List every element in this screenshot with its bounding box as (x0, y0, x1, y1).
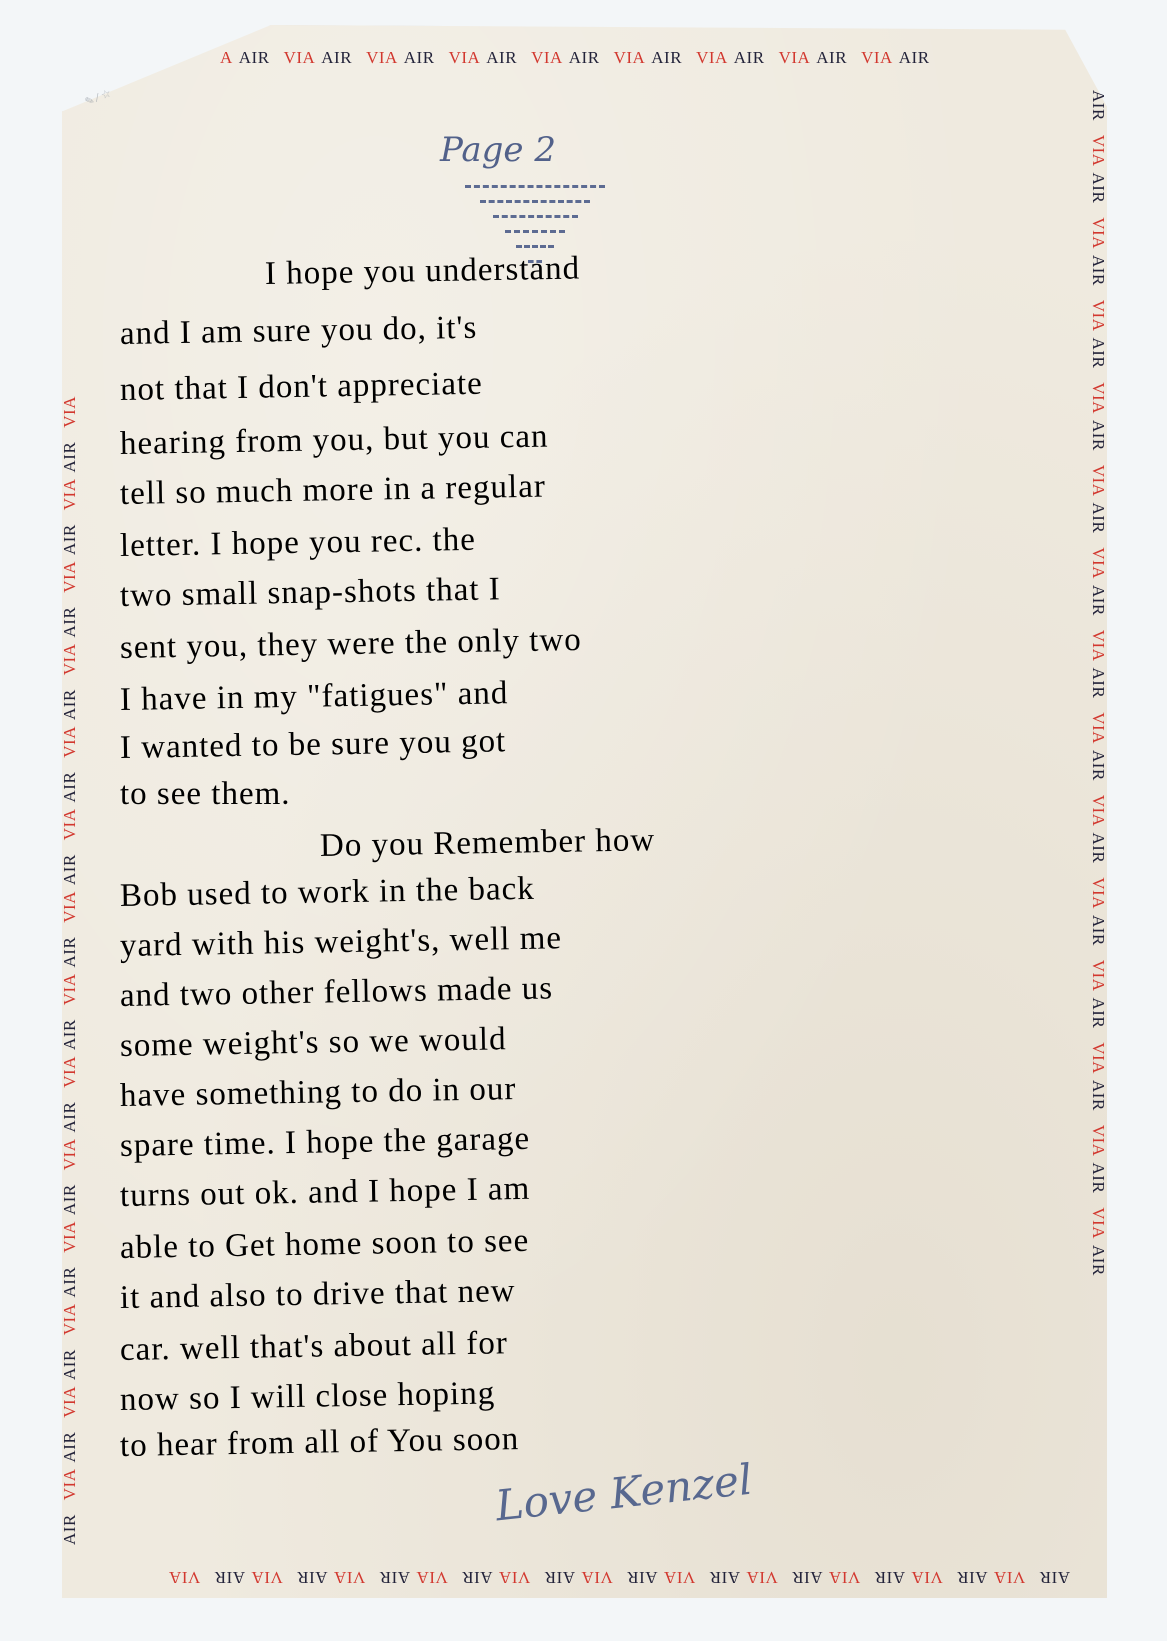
border-word: VIA (60, 1469, 79, 1501)
border-word: VIA (60, 1304, 79, 1336)
border-word: AIR (1089, 420, 1108, 451)
letter-line: and I am sure you do, it's (120, 312, 478, 351)
border-word: VIA (1089, 547, 1108, 579)
border-word: AIR (60, 772, 79, 803)
border-word: VIA (1089, 795, 1108, 827)
border-word: AIR (569, 48, 600, 67)
border-word: AIR (816, 48, 847, 67)
border-word: AIR (60, 689, 79, 720)
border-word: VIA (60, 891, 79, 923)
airmail-border-left: AIRVIAAIRVIAAIRVIAAIRVIAAIRVIAAIRVIAAIRV… (60, 125, 84, 1545)
border-word: AIR (60, 854, 79, 885)
border-word: AIR (874, 1568, 905, 1587)
border-word: AIR (1089, 998, 1108, 1029)
border-word: VIA (531, 48, 563, 67)
border-word: VIA (1089, 135, 1108, 167)
letter-line: to hear from all of You soon (120, 1423, 520, 1463)
border-word: VIA (1089, 382, 1108, 414)
border-word: VIA (499, 1568, 531, 1587)
letter-line: tell so much more in a regular (120, 471, 546, 511)
border-word: VIA (861, 48, 893, 67)
border-word: VIA (1089, 465, 1108, 497)
border-word: VIA (366, 48, 398, 67)
border-word: AIR (651, 48, 682, 67)
border-word: AIR (60, 1184, 79, 1215)
border-word: AIR (1039, 1568, 1070, 1587)
border-word: AIR (899, 48, 930, 67)
airmail-border-top: AAIRVIAAIRVIAAIRVIAAIRVIAAIRVIAAIRVIAAIR… (220, 48, 1105, 68)
letter-line: turns out ok. and I hope I am (120, 1173, 531, 1213)
letter-line: have something to do in our (120, 1073, 517, 1113)
border-word: VIA (169, 1568, 201, 1587)
border-word: VIA (60, 561, 79, 593)
border-word: VIA (696, 48, 728, 67)
border-word: AIR (297, 1568, 328, 1587)
border-word: VIA (284, 48, 316, 67)
border-word: VIA (60, 1056, 79, 1088)
border-word: AIR (60, 1514, 79, 1545)
border-word: AIR (957, 1568, 988, 1587)
letter-line: to see them. (120, 778, 291, 811)
letter-line: letter. I hope you rec. the (120, 524, 476, 563)
airmail-border-bottom: AIRVIAAIRVIAAIRVIAAIRVIAAIRVIAAIRVIAAIRV… (70, 1567, 1070, 1587)
border-word: VIA (1089, 960, 1108, 992)
border-word: AIR (60, 1349, 79, 1380)
border-word: VIA (911, 1568, 943, 1587)
border-word: AIR (60, 1019, 79, 1050)
border-word: AIR (321, 48, 352, 67)
border-word: AIR (60, 1102, 79, 1133)
letter-line: and two other fellows made us (120, 972, 554, 1013)
border-word: AIR (1089, 1080, 1108, 1111)
border-word: AIR (1089, 338, 1108, 369)
border-word: AIR (709, 1568, 740, 1587)
border-word: VIA (779, 48, 811, 67)
border-word: AIR (1089, 90, 1108, 121)
letter-line: not that I don't appreciate (120, 368, 483, 407)
border-word: VIA (994, 1568, 1026, 1587)
border-word: VIA (334, 1568, 366, 1587)
border-word: AIR (1089, 1245, 1108, 1276)
border-word: VIA (60, 726, 79, 758)
letter-line: I wanted to be sure you got (120, 725, 507, 765)
border-word: AIR (1089, 750, 1108, 781)
border-word: AIR (60, 524, 79, 555)
border-word: VIA (251, 1568, 283, 1587)
border-word: AIR (60, 442, 79, 473)
border-word: VIA (581, 1568, 613, 1587)
letter-line: Bob used to work in the back (120, 873, 535, 913)
border-word: AIR (486, 48, 517, 67)
border-word: AIR (60, 1267, 79, 1298)
border-word: AIR (1089, 585, 1108, 616)
letter-line: some weight's so we would (120, 1023, 507, 1063)
border-word: AIR (1089, 503, 1108, 534)
border-word: VIA (60, 1221, 79, 1253)
dashed-heart-doodle (465, 185, 605, 245)
page-label: Page 2 (440, 130, 556, 170)
border-word: VIA (664, 1568, 696, 1587)
border-word: AIR (1089, 915, 1108, 946)
airmail-border-right: AIRVIAAIRVIAAIRVIAAIRVIAAIRVIAAIRVIAAIRV… (1084, 90, 1108, 1530)
letter-line: I have in my "fatigues" and (120, 677, 509, 717)
border-word: VIA (60, 479, 79, 511)
border-word: AIR (1089, 668, 1108, 699)
letter-line: yard with his weight's, well me (120, 922, 563, 963)
border-word: AIR (1089, 255, 1108, 286)
border-word: VIA (1089, 630, 1108, 662)
border-word: AIR (404, 48, 435, 67)
border-word: AIR (1089, 833, 1108, 864)
border-word: VIA (1089, 1207, 1108, 1239)
border-word: A (220, 48, 233, 67)
border-word: AIR (792, 1568, 823, 1587)
border-word: VIA (416, 1568, 448, 1587)
border-word: AIR (60, 1432, 79, 1463)
border-word: VIA (614, 48, 646, 67)
letter-line: I hope you understand (265, 253, 581, 291)
border-word: VIA (449, 48, 481, 67)
letter-line: spare time. I hope the garage (120, 1123, 531, 1163)
border-word: AIR (60, 937, 79, 968)
border-word: AIR (627, 1568, 658, 1587)
border-word: VIA (1089, 300, 1108, 332)
letter-line: sent you, they were the only two (120, 624, 582, 665)
border-word: AIR (1089, 173, 1108, 204)
border-word: VIA (60, 1386, 79, 1418)
border-word: VIA (1089, 217, 1108, 249)
border-word: AIR (214, 1568, 245, 1587)
border-word: VIA (60, 809, 79, 841)
border-word: VIA (60, 396, 79, 428)
border-word: AIR (1089, 1163, 1108, 1194)
border-word: VIA (1089, 1042, 1108, 1074)
border-word: AIR (544, 1568, 575, 1587)
letter-line: it and also to drive that new (120, 1275, 516, 1315)
border-word: VIA (60, 974, 79, 1006)
border-word: VIA (746, 1568, 778, 1587)
border-word: AIR (734, 48, 765, 67)
border-word: AIR (379, 1568, 410, 1587)
letter-line: able to Get home soon to see (120, 1225, 530, 1265)
border-word: AIR (239, 48, 270, 67)
border-word: VIA (829, 1568, 861, 1587)
border-word: VIA (60, 1139, 79, 1171)
letter-line: now so I will close hoping (120, 1377, 496, 1417)
letter-line: Do you Remember how (320, 824, 656, 863)
border-word: VIA (1089, 877, 1108, 909)
letter-line: hearing from you, but you can (120, 421, 549, 461)
border-word: VIA (60, 644, 79, 676)
letter-line: two small snap-shots that I (120, 573, 501, 613)
border-word: AIR (462, 1568, 493, 1587)
letter-line: car. well that's about all for (120, 1327, 508, 1367)
border-word: VIA (1089, 712, 1108, 744)
border-word: AIR (60, 607, 79, 638)
border-word: VIA (1089, 1125, 1108, 1157)
